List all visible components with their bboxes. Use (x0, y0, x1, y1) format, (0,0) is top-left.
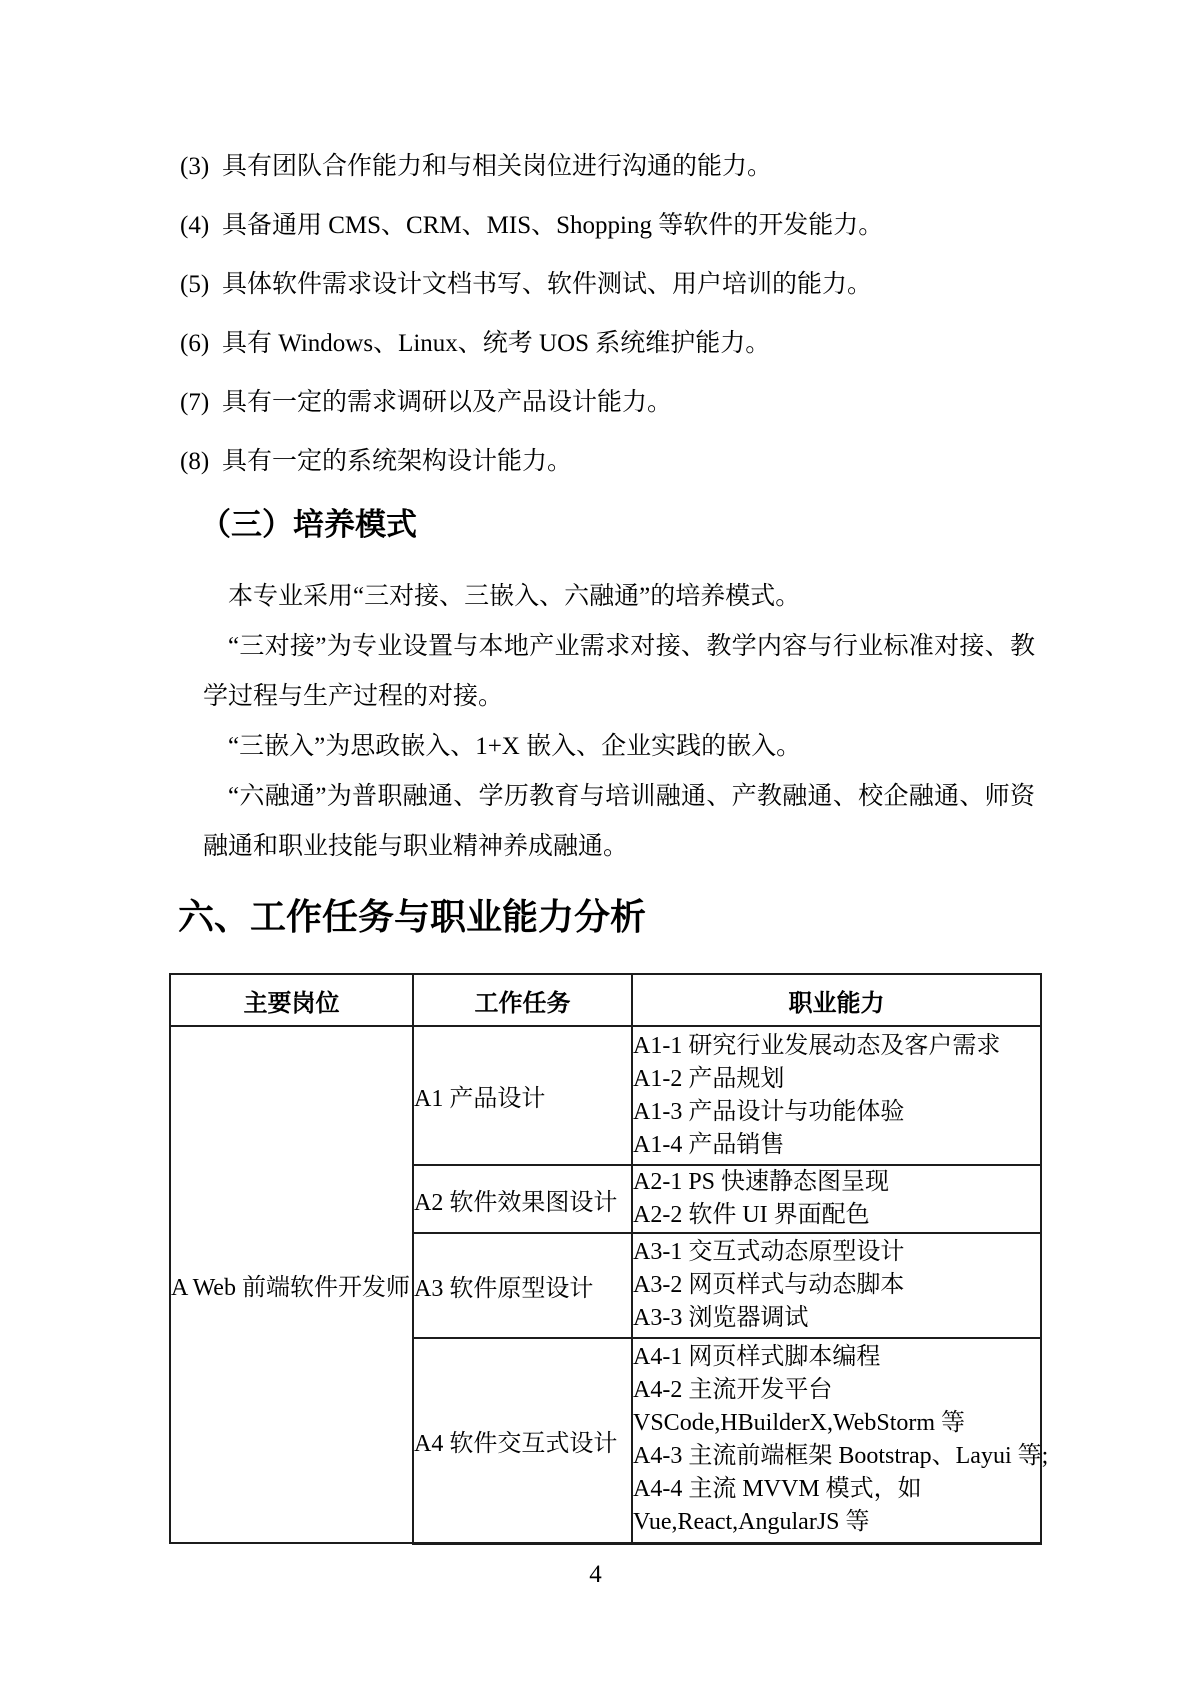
item-number: (5) (180, 268, 222, 301)
task-cell: A3 软件原型设计 (413, 1233, 632, 1338)
ability-line: A4-4 主流 MVVM 模式，如 (633, 1473, 1040, 1506)
ability-line: A2-1 PS 快速静态图呈现 (633, 1166, 1040, 1199)
paragraph: “六融通”为普职融通、学历教育与培训融通、产教融通、校企融通、师资融通和职业技能… (203, 772, 1035, 872)
page-number: 4 (0, 1560, 1191, 1590)
task-ability-table: 主要岗位 工作任务 职业能力 A Web 前端软件开发师 A1 产品设计 A1-… (169, 973, 1042, 1545)
item-text: 具体软件需求设计文档书写、软件测试、用户培训的能力。 (222, 268, 1040, 301)
item-number: (4) (180, 209, 222, 242)
item-text: 具备通用 CMS、CRM、MIS、Shopping 等软件的开发能力。 (222, 209, 1040, 242)
ability-line: A2-2 软件 UI 界面配色 (633, 1199, 1040, 1232)
col-header-ability: 职业能力 (632, 974, 1041, 1026)
item-text: 具有一定的需求调研以及产品设计能力。 (222, 386, 1040, 419)
list-item: (6) 具有 Windows、Linux、统考 UOS 系统维护能力。 (180, 327, 1040, 360)
list-item: (8) 具有一定的系统架构设计能力。 (180, 445, 1040, 478)
position-cell: A Web 前端软件开发师 (170, 1026, 413, 1543)
item-text: 具有团队合作能力和与相关岗位进行沟通的能力。 (222, 150, 1040, 183)
list-item: (7) 具有一定的需求调研以及产品设计能力。 (180, 386, 1040, 419)
item-number: (8) (180, 445, 222, 478)
ability-line: A4-2 主流开发平台 (633, 1374, 1040, 1407)
table-row: A Web 前端软件开发师 A1 产品设计 A1-1 研究行业发展动态及客户需求… (170, 1026, 1041, 1165)
ability-line: A1-4 产品销售 (633, 1129, 1040, 1162)
paragraph: “三对接”为专业设置与本地产业需求对接、教学内容与行业标准对接、教学过程与生产过… (203, 622, 1035, 722)
section-heading: 六、工作任务与职业能力分析 (178, 894, 1040, 940)
list-item: (4) 具备通用 CMS、CRM、MIS、Shopping 等软件的开发能力。 (180, 209, 1040, 242)
task-cell: A4 软件交互式设计 (413, 1338, 632, 1543)
col-header-task: 工作任务 (413, 974, 632, 1026)
list-item: (5) 具体软件需求设计文档书写、软件测试、用户培训的能力。 (180, 268, 1040, 301)
task-cell: A1 产品设计 (413, 1026, 632, 1165)
ability-line: A4-1 网页样式脚本编程 (633, 1341, 1040, 1374)
document-page: (3) 具有团队合作能力和与相关岗位进行沟通的能力。 (4) 具备通用 CMS、… (0, 0, 1191, 1684)
ability-line: A1-3 产品设计与功能体验 (633, 1096, 1040, 1129)
ability-cell: A2-1 PS 快速静态图呈现 A2-2 软件 UI 界面配色 (632, 1165, 1041, 1233)
requirement-list: (3) 具有团队合作能力和与相关岗位进行沟通的能力。 (4) 具备通用 CMS、… (169, 150, 1040, 478)
ability-cell: A1-1 研究行业发展动态及客户需求 A1-2 产品规划 A1-3 产品设计与功… (632, 1026, 1041, 1165)
item-number: (7) (180, 386, 222, 419)
paragraph: “三嵌入”为思政嵌入、1+X 嵌入、企业实践的嵌入。 (203, 722, 1035, 772)
ability-line: A3-2 网页样式与动态脚本 (633, 1269, 1040, 1302)
ability-line: A3-3 浏览器调试 (633, 1302, 1040, 1335)
task-cell: A2 软件效果图设计 (413, 1165, 632, 1233)
ability-line: A1-1 研究行业发展动态及客户需求 (633, 1030, 1040, 1063)
ability-line: Vue,React,AngularJS 等 (633, 1506, 1040, 1539)
item-number: (3) (180, 150, 222, 183)
ability-cell: A4-1 网页样式脚本编程 A4-2 主流开发平台 VSCode,HBuilde… (632, 1338, 1041, 1543)
ability-line: A4-3 主流前端框架 Bootstrap、Layui 等; (633, 1440, 1040, 1473)
page-content: (3) 具有团队合作能力和与相关岗位进行沟通的能力。 (4) 具备通用 CMS、… (0, 0, 1191, 1545)
ability-line: A1-2 产品规划 (633, 1063, 1040, 1096)
ability-line: VSCode,HBuilderX,WebStorm 等 (633, 1407, 1040, 1440)
subsection-heading: （三）培养模式 (200, 504, 1040, 546)
paragraph-block: 本专业采用“三对接、三嵌入、六融通”的培养模式。 “三对接”为专业设置与本地产业… (203, 572, 1035, 872)
item-text: 具有一定的系统架构设计能力。 (222, 445, 1040, 478)
item-number: (6) (180, 327, 222, 360)
ability-line: A3-1 交互式动态原型设计 (633, 1236, 1040, 1269)
item-text: 具有 Windows、Linux、统考 UOS 系统维护能力。 (222, 327, 1040, 360)
ability-cell: A3-1 交互式动态原型设计 A3-2 网页样式与动态脚本 A3-3 浏览器调试 (632, 1233, 1041, 1338)
table-header-row: 主要岗位 工作任务 职业能力 (170, 974, 1041, 1026)
col-header-position: 主要岗位 (170, 974, 413, 1026)
paragraph: 本专业采用“三对接、三嵌入、六融通”的培养模式。 (203, 572, 1035, 622)
list-item: (3) 具有团队合作能力和与相关岗位进行沟通的能力。 (180, 150, 1040, 183)
